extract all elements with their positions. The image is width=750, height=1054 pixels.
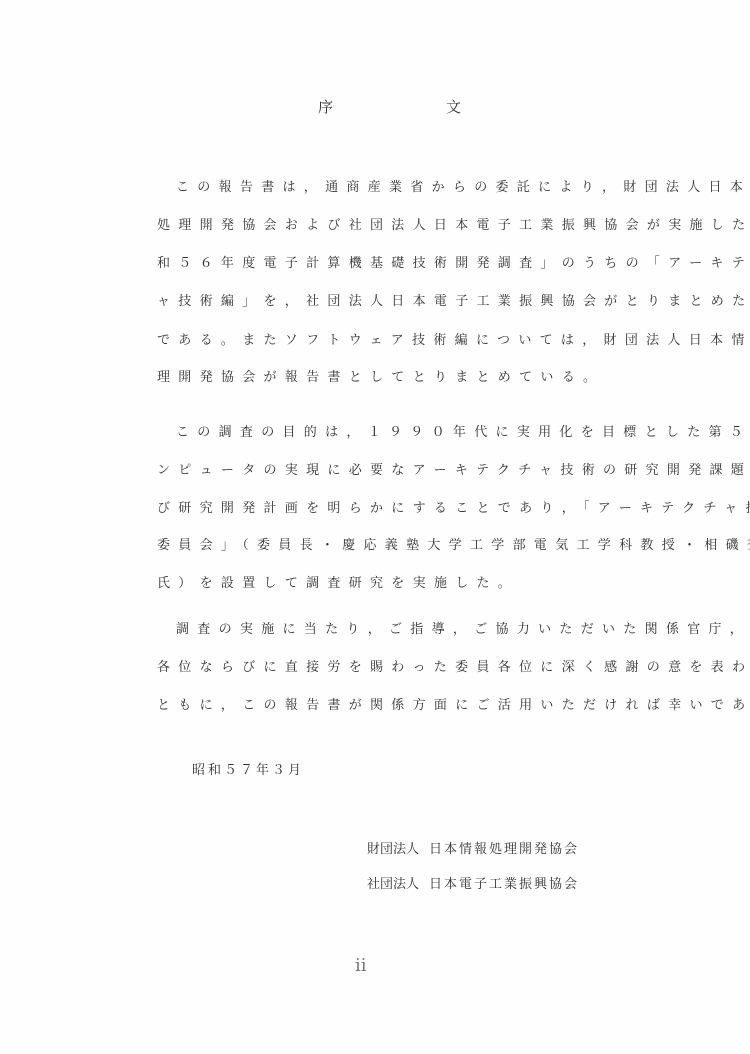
title-char-1: 序: [318, 96, 333, 117]
text-line: 理開発協会が報告書としてとりまとめている。: [157, 369, 604, 387]
title-char-2: 文: [446, 96, 461, 117]
text-line: ともに，この報告書が関係方面にご活用いただければ幸いである。: [157, 697, 750, 715]
text-line: 処理開発協会および社団法人日本電子工業振興協会が実施した「昭: [157, 217, 750, 235]
text-line: 和５６年度電子計算機基礎技術開発調査」のうちの「アーキテクチ: [157, 255, 750, 273]
signatory-2: 社団法人日本電子工業振興協会: [367, 873, 579, 892]
document-title: 序 文: [0, 96, 750, 120]
signatory-type: 社団法人: [367, 877, 419, 892]
signatory-type: 財団法人: [367, 842, 419, 857]
text-line: この調査の目的は，１９９０年代に実用化を目標とした第５世代コ: [176, 424, 750, 442]
page-number: ii: [355, 955, 367, 976]
signatory-1: 財団法人日本情報処理開発協会: [367, 838, 579, 857]
signatory-name: 日本情報処理開発協会: [429, 842, 579, 857]
text-line: び研究開発計画を明らかにすることであり，「アーキテクチャ技術: [157, 500, 750, 518]
text-line: ンピュータの実現に必要なアーキテクチャ技術の研究開発課題およ: [157, 462, 750, 480]
text-line: である。またソフトウェア技術編については，財団法人日本情報処: [157, 332, 750, 350]
text-line: 氏）を設置して調査研究を実施した。: [157, 575, 519, 593]
text-line: 各位ならびに直接労を賜わった委員各位に深く感謝の意を表わすと: [157, 659, 750, 677]
signatory-name: 日本電子工業振興協会: [429, 877, 579, 892]
text-line: この報告書は，通商産業省からの委託により，財団法人日本情報: [176, 179, 750, 197]
text-line: ャ技術編」を，社団法人日本電子工業振興協会がとりまとめたもの: [157, 293, 750, 311]
text-line: 委員会」（委員長・慶応義塾大学工学部電気工学科教授・相磯秀夫: [157, 537, 750, 555]
document-date: 昭和５７年３月: [192, 759, 304, 778]
text-line: 調査の実施に当たり，ご指導，ご協力いただいた関係官庁，関係: [176, 621, 750, 639]
